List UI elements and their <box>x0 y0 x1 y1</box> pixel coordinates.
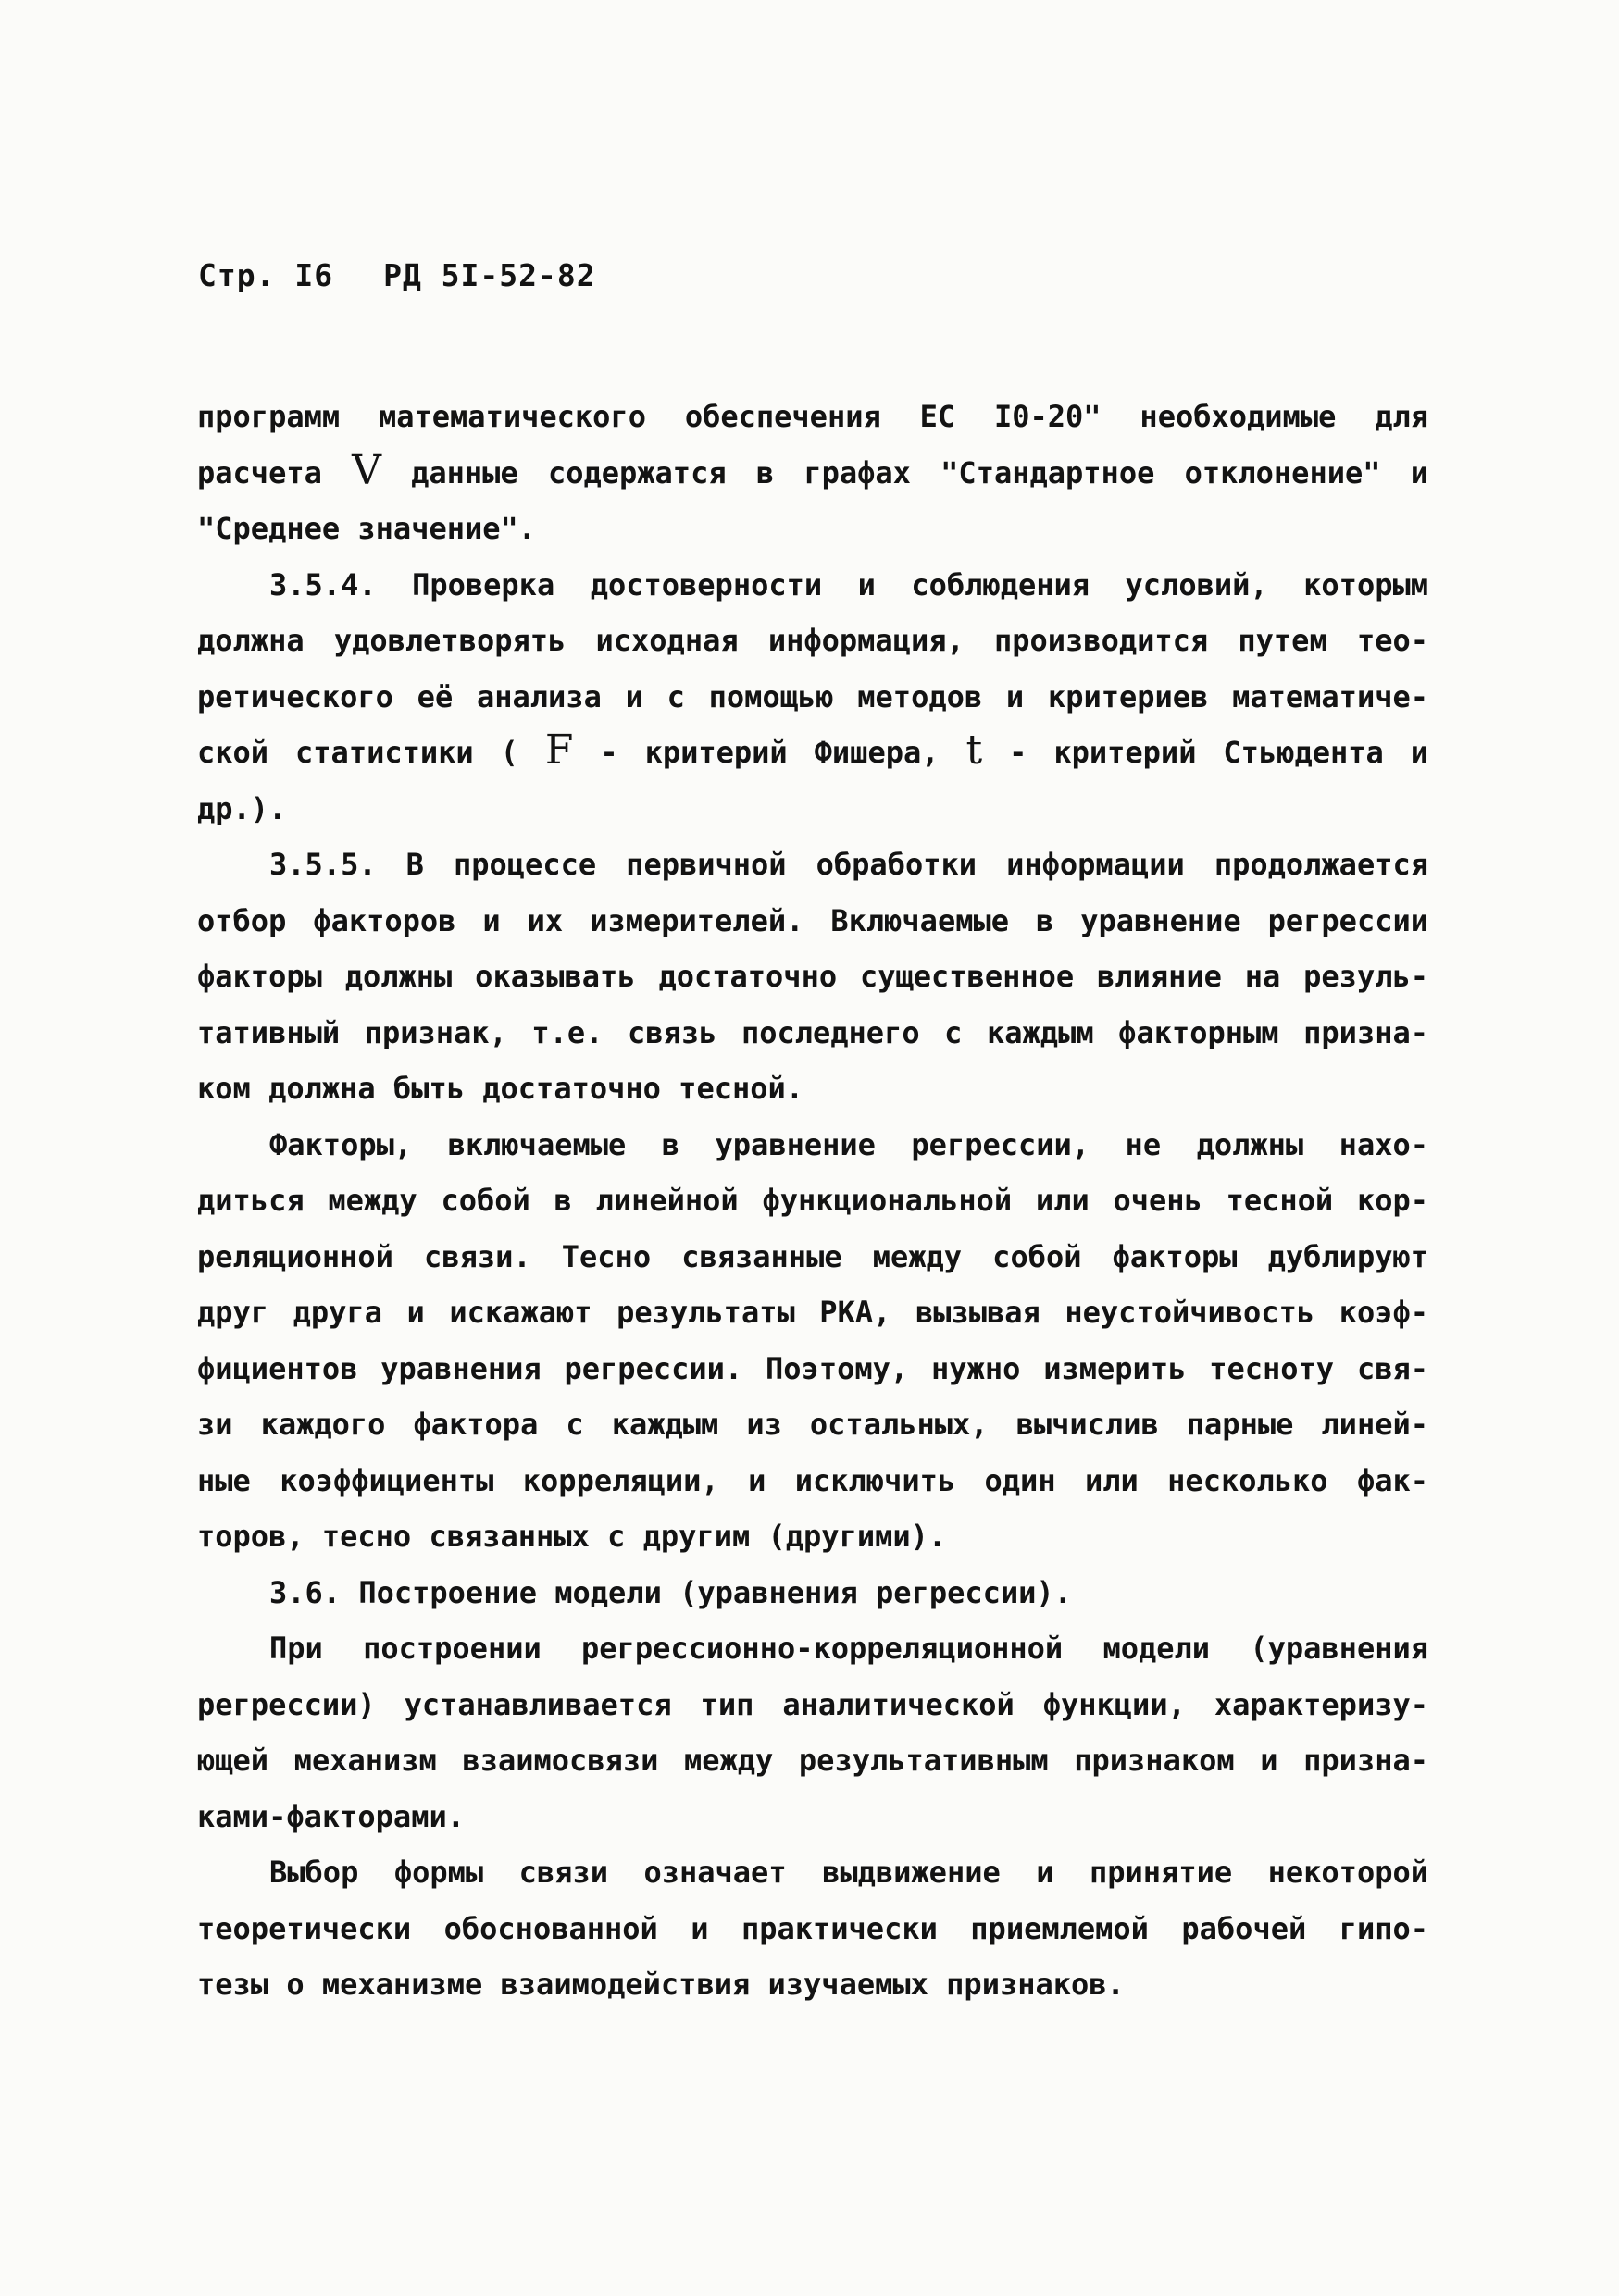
page-header: Стр. I6РД 5I-52-82 <box>198 257 596 293</box>
text-line: друг друга и искажают результаты РКА, вы… <box>197 1285 1428 1341</box>
text-line: ком должна быть достаточно тесной. <box>197 1061 1428 1117</box>
text-line: фициентов уравнения регрессии. Поэтому, … <box>197 1341 1428 1397</box>
text-segment: - критерий Фишера, <box>573 735 965 770</box>
scanned-document-page: Стр. I6РД 5I-52-82 программ математическ… <box>0 0 1619 2296</box>
handwritten-symbol: F <box>545 726 574 774</box>
text-line: ретического её анализа и с помощью метод… <box>197 669 1428 726</box>
paragraph: Выбор формы связи означает выдвижение и … <box>197 1844 1428 2013</box>
text-segment: данные содержатся в графах "Стандартное … <box>381 455 1428 490</box>
handwritten-symbol: t <box>965 726 982 774</box>
text-line: Факторы, включаемые в уравнение регресси… <box>197 1117 1428 1173</box>
paragraph: Факторы, включаемые в уравнение регресси… <box>197 1117 1428 1565</box>
paragraph: 3.5.5. В процессе первичной обработки ин… <box>197 837 1428 1117</box>
text-segment: - критерий Стьюдента и <box>982 735 1428 770</box>
text-line: тезы о механизме взаимодействия изучаемы… <box>197 1956 1428 2013</box>
paragraph: программ математического обеспечения ЕС … <box>197 389 1428 557</box>
text-segment: расчета <box>197 455 352 490</box>
paragraph: При построении регрессионно-корреляционн… <box>197 1620 1428 1844</box>
paragraph: 3.6. Построение модели (уравнения регрес… <box>197 1565 1428 1621</box>
text-line: тативный признак, т.е. связь последнего … <box>197 1005 1428 1061</box>
text-line: 3.5.4. Проверка достоверности и соблюден… <box>197 557 1428 614</box>
text-line: ской статистики ( F - критерий Фишера, t… <box>197 725 1428 781</box>
text-line: При построении регрессионно-корреляционн… <box>197 1620 1428 1677</box>
text-line: 3.6. Построение модели (уравнения регрес… <box>197 1565 1428 1621</box>
text-line: программ математического обеспечения ЕС … <box>197 389 1428 445</box>
text-line: Выбор формы связи означает выдвижение и … <box>197 1844 1428 1901</box>
text-line: зи каждого фактора с каждым из остальных… <box>197 1396 1428 1453</box>
text-line: факторы должны оказывать достаточно суще… <box>197 949 1428 1005</box>
handwritten-symbol: V <box>352 447 381 494</box>
text-line: расчета V данные содержатся в графах "Ст… <box>197 445 1428 502</box>
text-line: должна удовлетворять исходная информация… <box>197 613 1428 669</box>
text-line: регрессии) устанавливается тип аналитиче… <box>197 1677 1428 1733</box>
paragraph: 3.5.4. Проверка достоверности и соблюден… <box>197 557 1428 838</box>
text-line: ные коэффициенты корреляции, и исключить… <box>197 1453 1428 1509</box>
text-line: ками-факторами. <box>197 1789 1428 1845</box>
text-segment: ской статистики ( <box>197 735 545 770</box>
text-line: др.). <box>197 781 1428 838</box>
document-body: программ математического обеспечения ЕС … <box>197 389 1428 2013</box>
text-line: реляционной связи. Тесно связанные между… <box>197 1229 1428 1285</box>
text-line: торов, тесно связанных с другим (другими… <box>197 1508 1428 1565</box>
text-line: "Среднее значение". <box>197 501 1428 557</box>
text-line: теоретически обоснованной и практически … <box>197 1901 1428 1957</box>
text-line: отбор факторов и их измерителей. Включае… <box>197 893 1428 949</box>
text-line: ющей механизм взаимосвязи между результа… <box>197 1732 1428 1789</box>
page-number-label: Стр. I6 <box>198 257 333 293</box>
text-line: диться между собой в линейной функционал… <box>197 1173 1428 1229</box>
document-number: РД 5I-52-82 <box>383 257 596 293</box>
text-line: 3.5.5. В процессе первичной обработки ин… <box>197 837 1428 893</box>
